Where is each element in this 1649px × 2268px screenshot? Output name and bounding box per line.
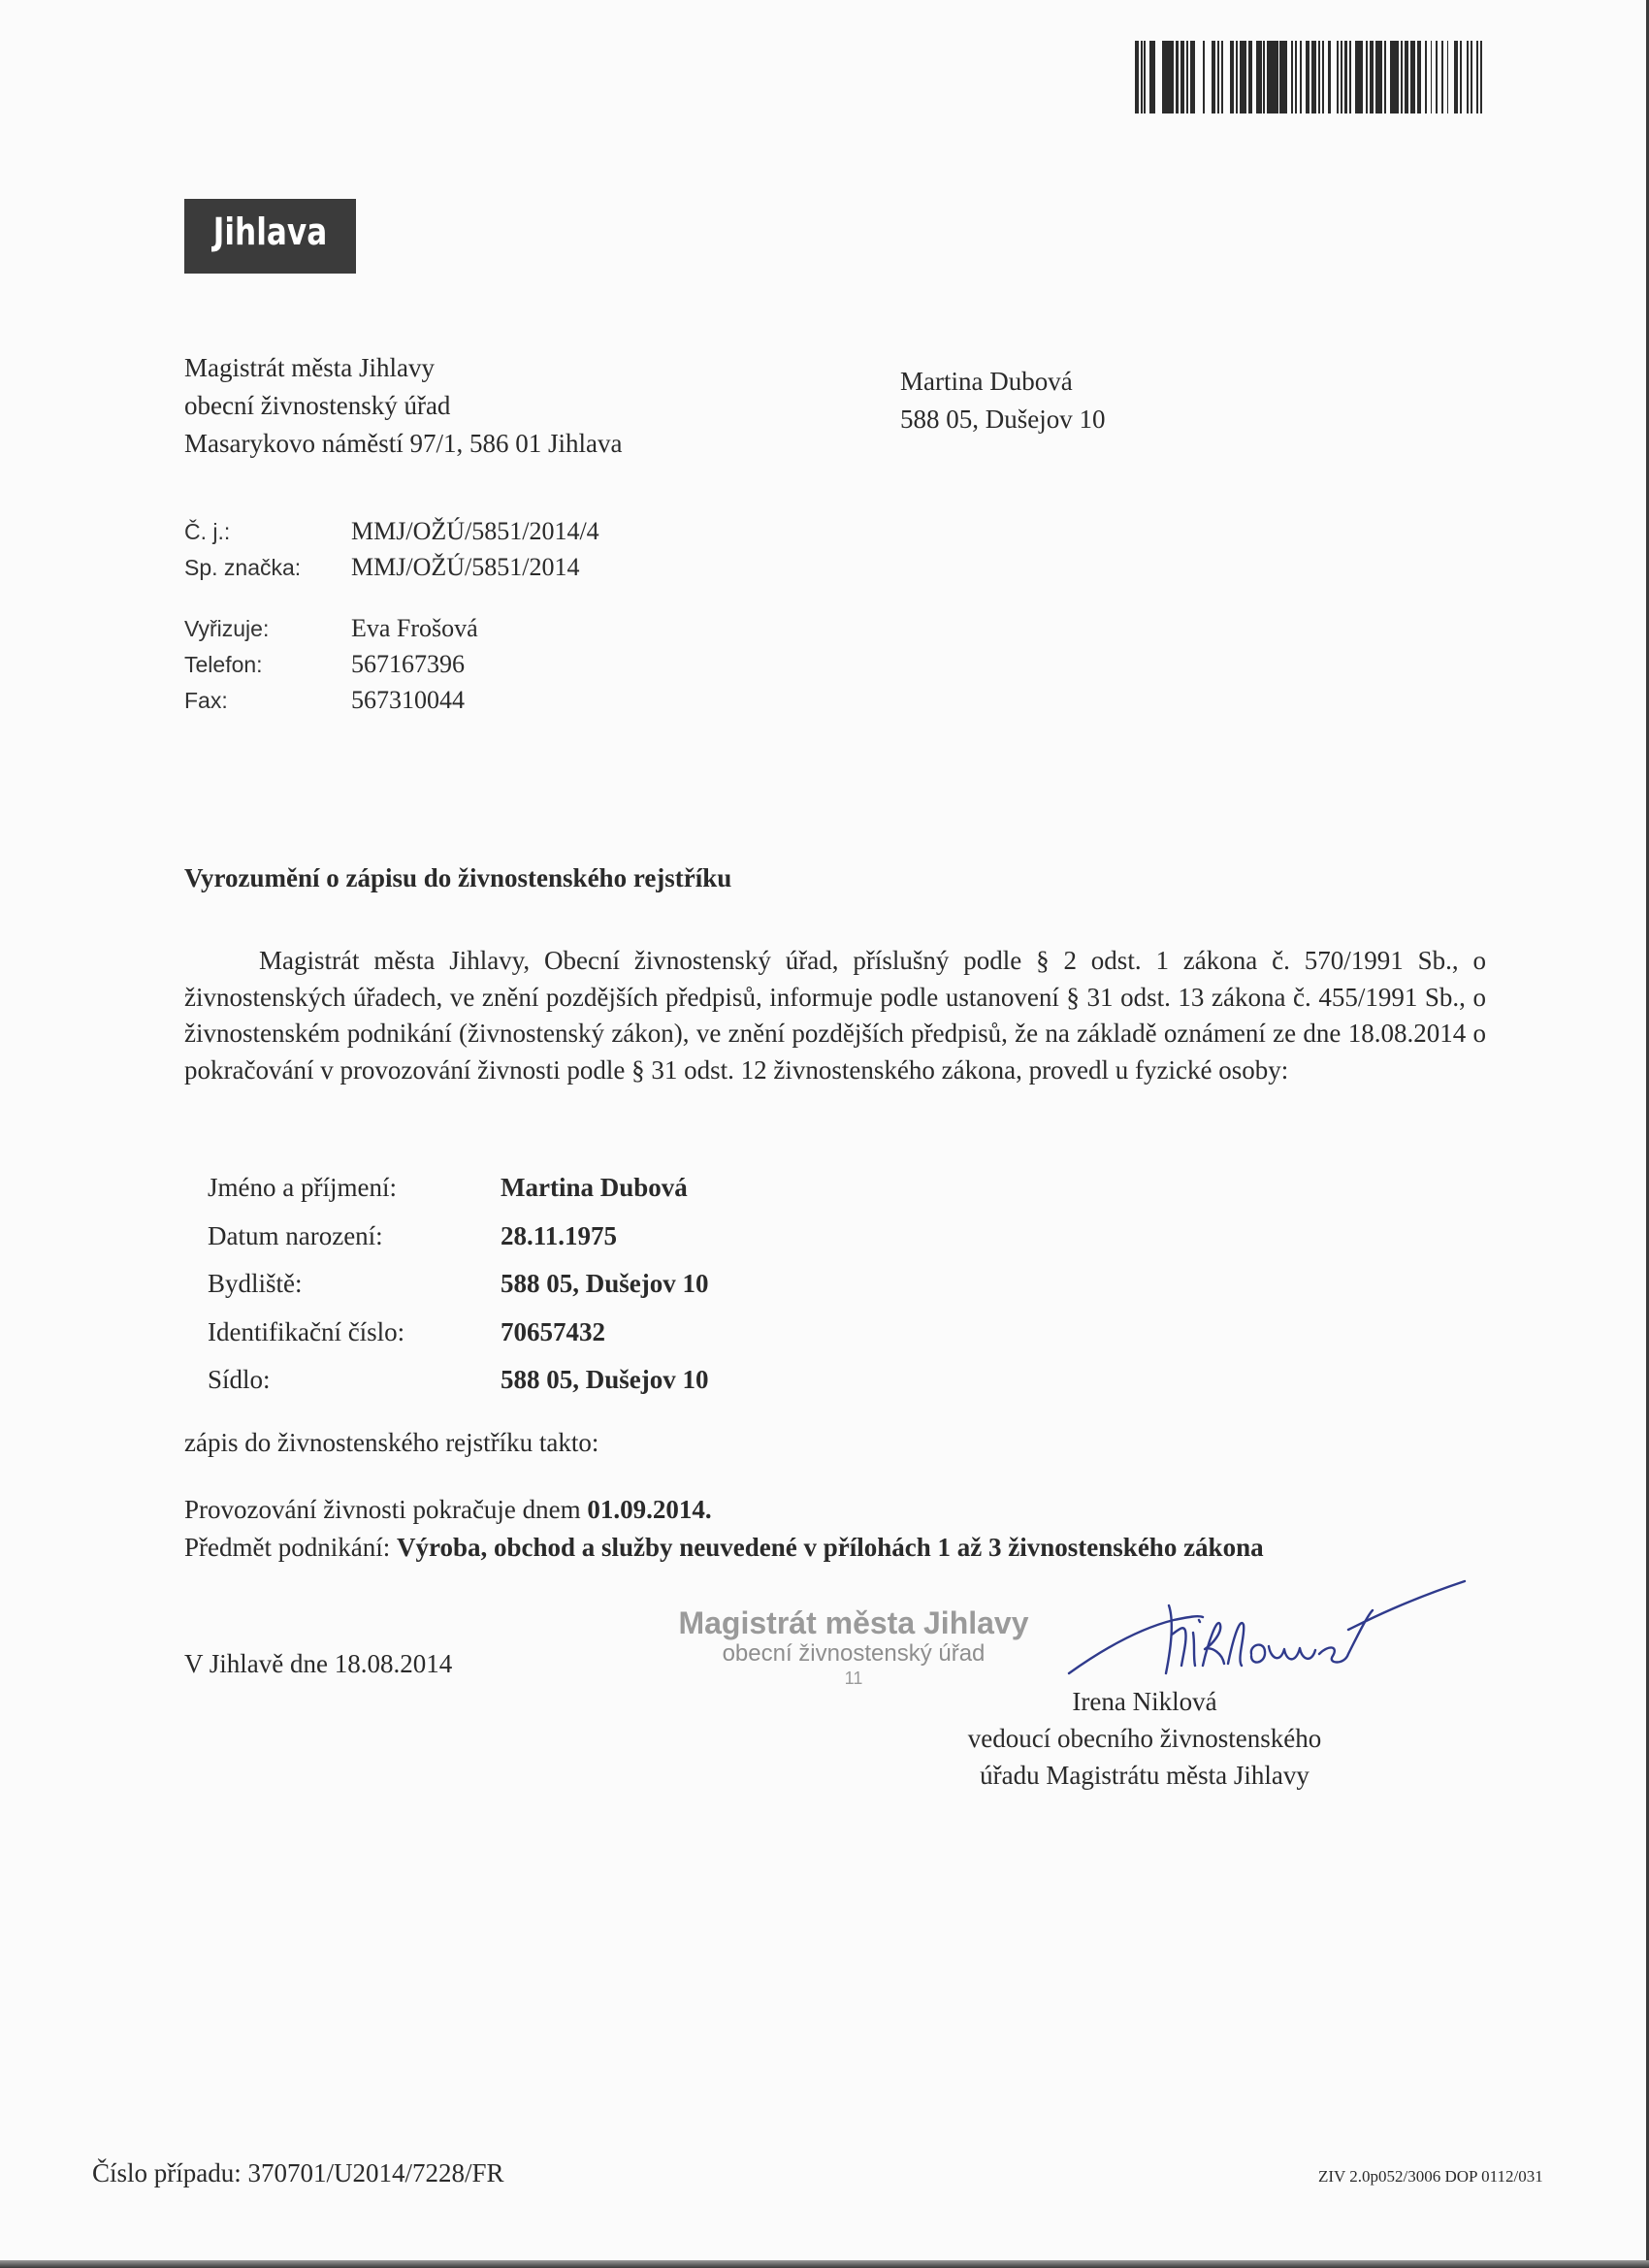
ref-label: Telefon: — [184, 652, 351, 678]
paragraph-text: Magistrát města Jihlavy, Obecní živnoste… — [184, 946, 1486, 1085]
sender-line: obecní živnostenský úřad — [184, 387, 622, 425]
sender-line: Magistrát města Jihlavy — [184, 349, 622, 387]
signer-title: vedoucí obecního živnostenského — [921, 1720, 1368, 1757]
logo-text: Jihlava — [200, 211, 340, 253]
ref-row-handler: Vyřizuje: Eva Frošová — [184, 614, 599, 650]
detail-value: 588 05, Dušejov 10 — [501, 1365, 709, 1395]
detail-label: Sídlo: — [208, 1365, 501, 1395]
detail-label: Bydliště: — [208, 1269, 501, 1299]
detail-row: Datum narození:28.11.1975 — [208, 1221, 709, 1270]
stamp-line: obecní živnostenský úřad — [660, 1640, 1048, 1668]
registry-result: Provozování živnosti pokračuje dnem 01.0… — [184, 1491, 1264, 1567]
registry-line: zápis do živnostenského rejstříku takto: — [184, 1428, 598, 1458]
office-stamp: Magistrát města Jihlavy obecní živnosten… — [660, 1605, 1048, 1689]
recipient-street: 588 05, Dušejov 10 — [900, 401, 1106, 438]
signer-title: úřadu Magistrátu města Jihlavy — [921, 1757, 1368, 1794]
detail-row: Identifikační číslo:70657432 — [208, 1317, 709, 1366]
detail-label: Datum narození: — [208, 1221, 501, 1251]
stamp-line: Magistrát města Jihlavy — [660, 1605, 1048, 1640]
recipient-address: Martina Dubová 588 05, Dušejov 10 — [900, 363, 1106, 438]
body-paragraph: Magistrát města Jihlavy, Obecní živnoste… — [184, 943, 1486, 1088]
sender-line: Masarykovo náměstí 97/1, 586 01 Jihlava — [184, 425, 622, 463]
subject-line: Předmět podnikání: Výroba, obchod a služ… — [184, 1529, 1264, 1567]
detail-label: Jméno a příjmení: — [208, 1173, 501, 1203]
document-title: Vyrozumění o zápisu do živnostenského re… — [184, 863, 731, 893]
ref-row-cj: Č. j.: MMJ/OŽÚ/5851/2014/4 — [184, 517, 599, 553]
case-number: Číslo případu: 370701/U2014/7228/FR — [92, 2158, 504, 2188]
detail-row: Sídlo:588 05, Dušejov 10 — [208, 1365, 709, 1413]
continuation-prefix: Provozování živnosti pokračuje dnem — [184, 1495, 587, 1524]
ref-row-fax: Fax: 567310044 — [184, 686, 599, 722]
sender-address: Magistrát města Jihlavy obecní živnosten… — [184, 349, 622, 463]
place-and-date: V Jihlavě dne 18.08.2014 — [184, 1649, 452, 1679]
ref-value: MMJ/OŽÚ/5851/2014/4 — [351, 517, 599, 546]
form-code: ZIV 2.0p052/3006 DOP 0112/031 — [1318, 2167, 1543, 2187]
detail-value: Martina Dubová — [501, 1173, 688, 1203]
signer-name: Irena Niklová — [921, 1683, 1368, 1720]
detail-value: 28.11.1975 — [501, 1221, 617, 1251]
barcode-icon — [1135, 41, 1486, 113]
ref-value: 567167396 — [351, 650, 465, 679]
ref-value: MMJ/OŽÚ/5851/2014 — [351, 553, 579, 582]
ref-label: Vyřizuje: — [184, 616, 351, 642]
ref-label: Fax: — [184, 688, 351, 714]
ref-row-phone: Telefon: 567167396 — [184, 650, 599, 686]
scan-edge-bottom — [0, 2260, 1649, 2268]
continuation-line: Provozování živnosti pokračuje dnem 01.0… — [184, 1491, 1264, 1529]
person-details: Jméno a příjmení:Martina DubováDatum nar… — [208, 1173, 709, 1413]
ref-row-sp: Sp. značka: MMJ/OŽÚ/5851/2014 — [184, 553, 599, 589]
detail-row: Bydliště:588 05, Dušejov 10 — [208, 1269, 709, 1317]
recipient-name: Martina Dubová — [900, 363, 1106, 401]
reference-block: Č. j.: MMJ/OŽÚ/5851/2014/4 Sp. značka: M… — [184, 517, 599, 722]
subject-prefix: Předmět podnikání: — [184, 1533, 397, 1562]
detail-value: 70657432 — [501, 1317, 605, 1347]
ref-label: Č. j.: — [184, 519, 351, 545]
detail-value: 588 05, Dušejov 10 — [501, 1269, 709, 1299]
city-logo: Jihlava — [184, 199, 356, 274]
ref-value: Eva Frošová — [351, 614, 478, 643]
continuation-date: 01.09.2014. — [587, 1495, 711, 1524]
signer-block: Irena Niklová vedoucí obecního živnosten… — [921, 1683, 1368, 1794]
ref-label: Sp. značka: — [184, 555, 351, 581]
detail-row: Jméno a příjmení:Martina Dubová — [208, 1173, 709, 1221]
subject-value: Výroba, obchod a služby neuvedené v příl… — [397, 1533, 1264, 1562]
handwritten-signature — [1057, 1576, 1474, 1683]
ref-value: 567310044 — [351, 686, 465, 715]
detail-label: Identifikační číslo: — [208, 1317, 501, 1347]
